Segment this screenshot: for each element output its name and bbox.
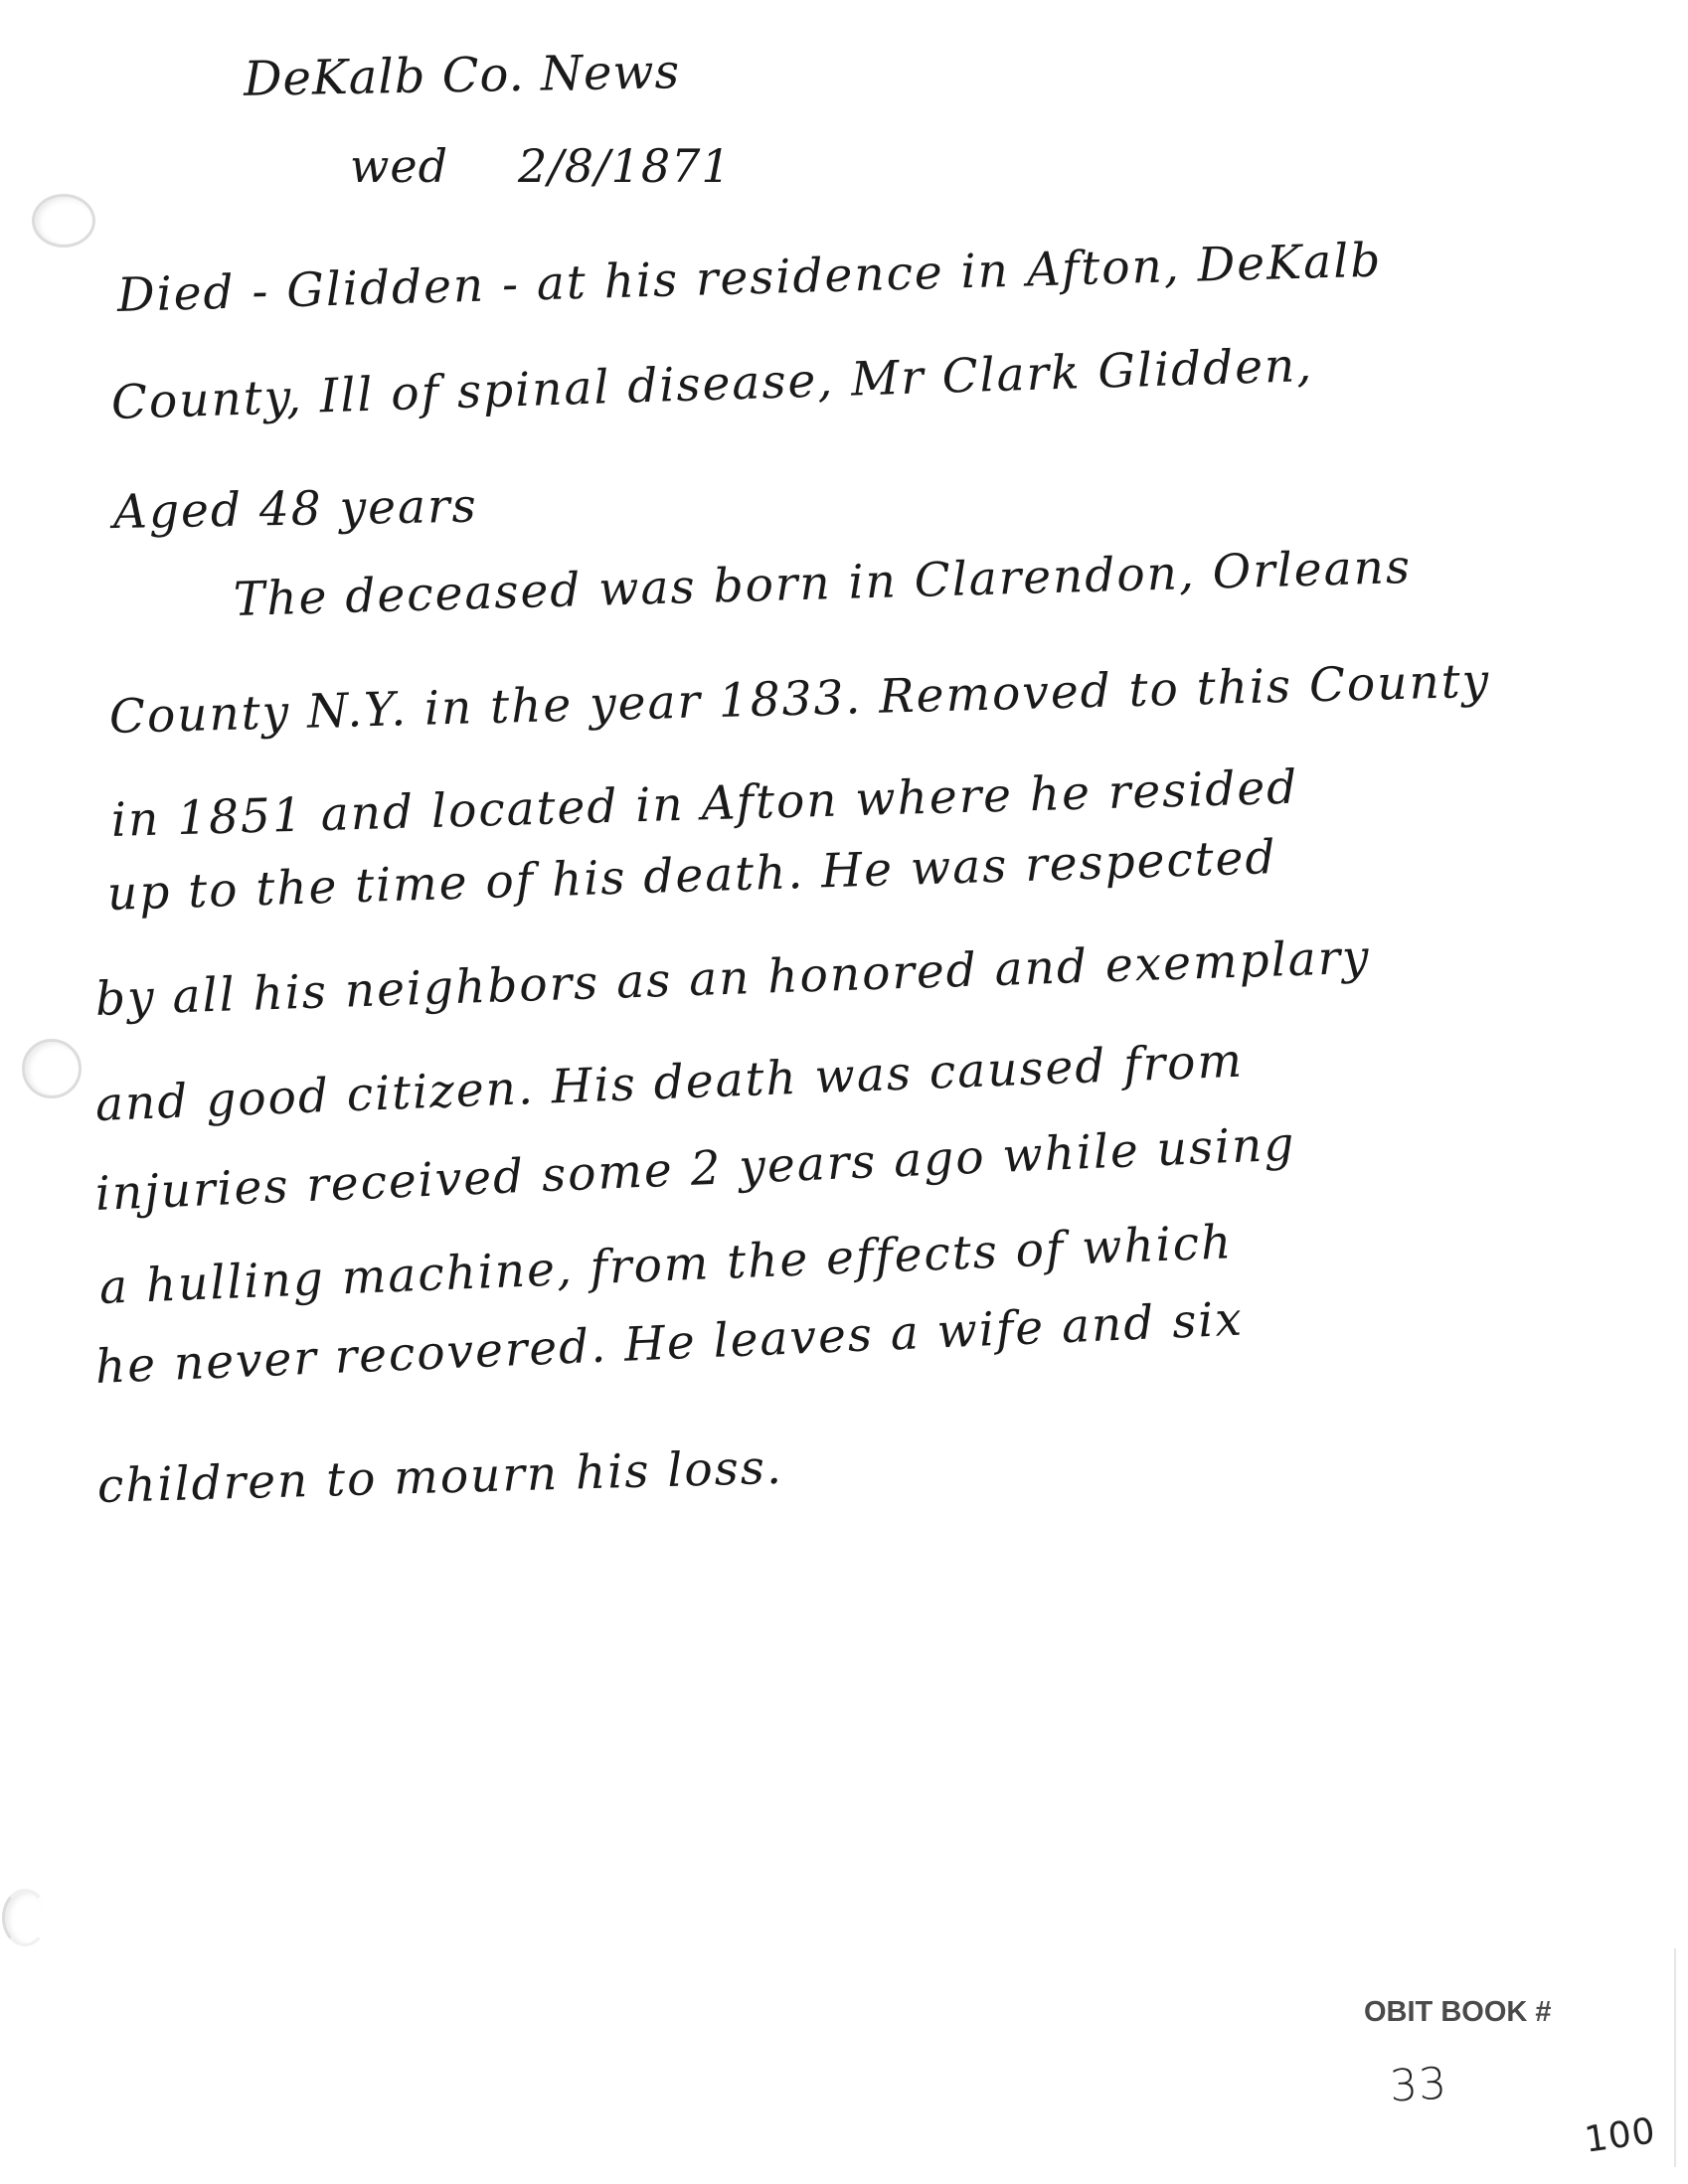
publication-date: 2/8/1871 (518, 139, 732, 193)
obituary-line: by all his neighbors as an honored and e… (94, 929, 1371, 1027)
hole-punch-middle (22, 1039, 82, 1098)
obituary-line: up to the time of his death. He was resp… (106, 830, 1277, 922)
obituary-line: The deceased was born in Clarendon, Orle… (233, 540, 1412, 627)
page-edge-shadow (1674, 1948, 1676, 2167)
obituary-line: Aged 48 years (113, 479, 478, 540)
obit-book-number: 33 (1389, 2059, 1449, 2112)
day-of-week: wed (350, 139, 448, 193)
publication-date-line: wed2/8/1871 (350, 139, 732, 193)
obituary-line: County N.Y. in the year 1833. Removed to… (108, 654, 1491, 745)
obituary-line: children to mourn his loss. (96, 1440, 783, 1514)
document-page: DeKalb Co. News wed2/8/1871 Died - Glidd… (0, 0, 1688, 2184)
obituary-line: injuries received some 2 years ago while… (94, 1116, 1297, 1222)
page-number: 100 (1582, 2110, 1658, 2161)
hole-punch-top (32, 194, 95, 248)
obit-book-stamp: OBIT BOOK # (1364, 1996, 1552, 2029)
obituary-line: County, Ill of spinal disease, Mr Clark … (110, 338, 1314, 430)
obituary-line: Died - Glidden - at his residence in Aft… (116, 233, 1383, 323)
hole-punch-bottom (2, 1889, 48, 1946)
newspaper-name: DeKalb Co. News (244, 44, 681, 107)
obituary-line: and good citizen. His death was caused f… (94, 1034, 1245, 1132)
